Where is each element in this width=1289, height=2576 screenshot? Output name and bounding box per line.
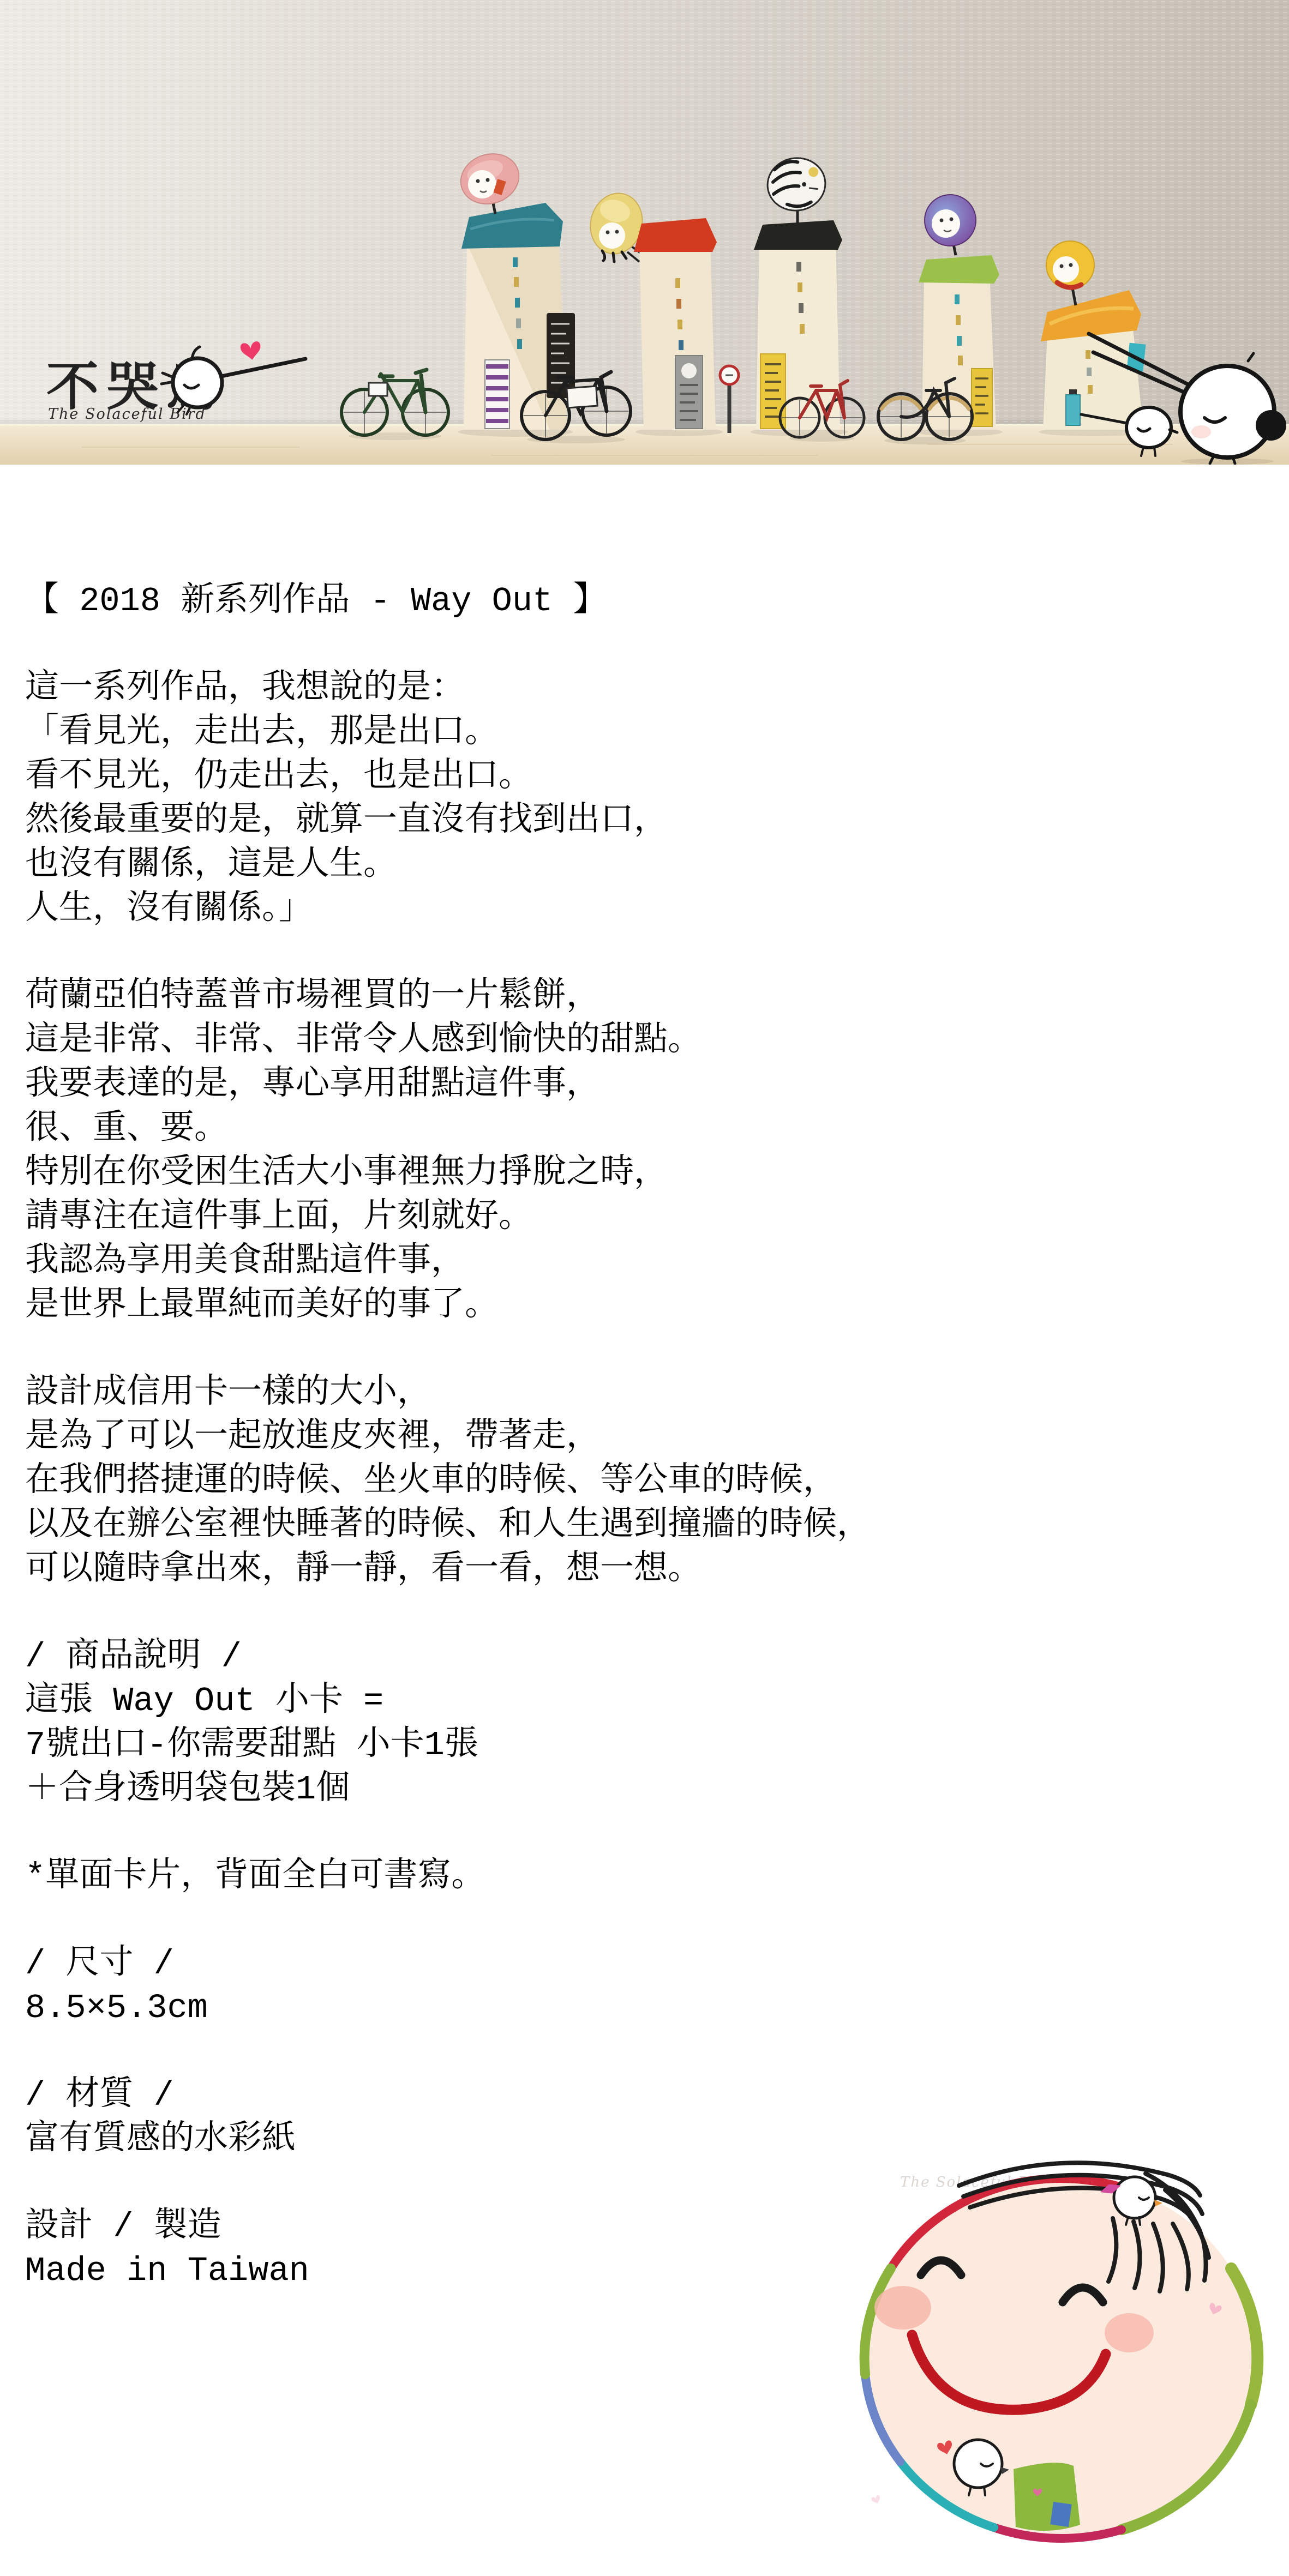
intro-paragraph: 這一系列作品，我想說的是： 「看見光，走出去，那是出口。 看不見光，仍走出去，也…	[25, 666, 1273, 931]
text-line: 這一系列作品，我想說的是：	[25, 666, 1273, 711]
wooden-house-5	[1041, 290, 1146, 430]
roof-black	[754, 220, 842, 250]
text-line: 然後最重要的是，就算一直沒有找到出口，	[25, 799, 1273, 843]
text-line: 我要表達的是，專心享用甜點這件事，	[25, 1063, 1273, 1107]
text-line: 荷蘭亞伯特蓋普市場裡買的一片鬆餅，	[25, 974, 1273, 1019]
product-spec-paragraph: / 商品說明 / 這張 Way Out 小卡 = 7號出口-你需要甜點 小卡1張…	[25, 1635, 1273, 1811]
text-line: 「看見光，走出去，那是出口。	[25, 711, 1273, 755]
heart-icon	[871, 2495, 882, 2505]
text-line: ＋合身透明袋包裝1個	[25, 1767, 1273, 1811]
text-line: *單面卡片，背面全白可書寫。	[25, 1855, 1273, 1899]
text-line: 我認為享用美食甜點這件事，	[25, 1239, 1273, 1284]
text-line: 是為了可以一起放進皮夾裡，帶著走，	[25, 1415, 1273, 1459]
dessert-paragraph: 荷蘭亞伯特蓋普市場裡買的一片鬆餅， 這是非常、非常、非常令人感到愉快的甜點。 我…	[25, 974, 1273, 1328]
left-cheek	[874, 2286, 931, 2330]
text-line: 特別在你受困生活大小事裡無力掙脫之時，	[25, 1151, 1273, 1195]
text-line: 這是非常、非常、非常令人感到愉快的甜點。	[25, 1019, 1273, 1063]
text-line: 可以隨時拿出來，靜一靜，看一看，想一想。	[25, 1548, 1273, 1592]
striped-shop-sign	[485, 360, 509, 429]
black-menu-board	[547, 313, 575, 398]
right-cheek	[1105, 2313, 1154, 2352]
product-description: 【 2018 新系列作品 - Way Out 】 這一系列作品，我想說的是： 「…	[0, 465, 1289, 2336]
text-line: 請專注在這件事上面，片刻就好。	[25, 1195, 1273, 1239]
material-heading: / 材質 /	[25, 2073, 1273, 2117]
smiling-girl-illustration: The Solaceful Bird	[840, 2143, 1289, 2576]
text-line: 這張 Way Out 小卡 =	[25, 1679, 1273, 1723]
text-line: 看不見光，仍走出去，也是出口。	[25, 755, 1273, 799]
text-line: 在我們搭捷運的時候、坐火車的時候、等公車的時候，	[25, 1459, 1273, 1503]
roof-green	[919, 255, 999, 284]
roof-red	[634, 218, 717, 252]
yellow-sign	[760, 354, 786, 429]
note-paragraph: *單面卡片，背面全白可書寫。	[25, 1855, 1273, 1899]
card-size-paragraph: 設計成信用卡一樣的大小， 是為了可以一起放進皮夾裡，帶著走， 在我們搭捷運的時候…	[25, 1371, 1273, 1592]
product-description-page: 不哭鳥 The Solaceful Bird	[0, 0, 1289, 2576]
text-line: 人生，沒有關係。」	[25, 887, 1273, 931]
spec-heading: / 商品說明 /	[25, 1635, 1273, 1679]
text-line: 7號出口-你需要甜點 小卡1張	[25, 1723, 1273, 1767]
size-paragraph: / 尺寸 / 8.5×5.3cm	[25, 1942, 1273, 2030]
text-line: 設計成信用卡一樣的大小，	[25, 1371, 1273, 1415]
text-line: 以及在辦公室裡快睡著的時候、和人生遇到撞牆的時候，	[25, 1503, 1273, 1548]
size-value: 8.5×5.3cm	[25, 1986, 1273, 2030]
product-photo-banner: 不哭鳥 The Solaceful Bird	[0, 0, 1289, 465]
green-collar	[1014, 2463, 1080, 2531]
teal-bottle	[1066, 389, 1080, 425]
size-heading: / 尺寸 /	[25, 1942, 1273, 1986]
text-line: 是世界上最單純而美好的事了。	[25, 1284, 1273, 1328]
text-line: 很、重、要。	[25, 1107, 1273, 1151]
wooden-house-2	[634, 218, 717, 430]
text-line: 也沒有關係，這是人生。	[25, 843, 1273, 887]
gray-sign	[675, 356, 703, 429]
series-title: 【 2018 新系列作品 - Way Out 】	[25, 579, 1273, 623]
yellow-door-sign	[972, 369, 992, 426]
